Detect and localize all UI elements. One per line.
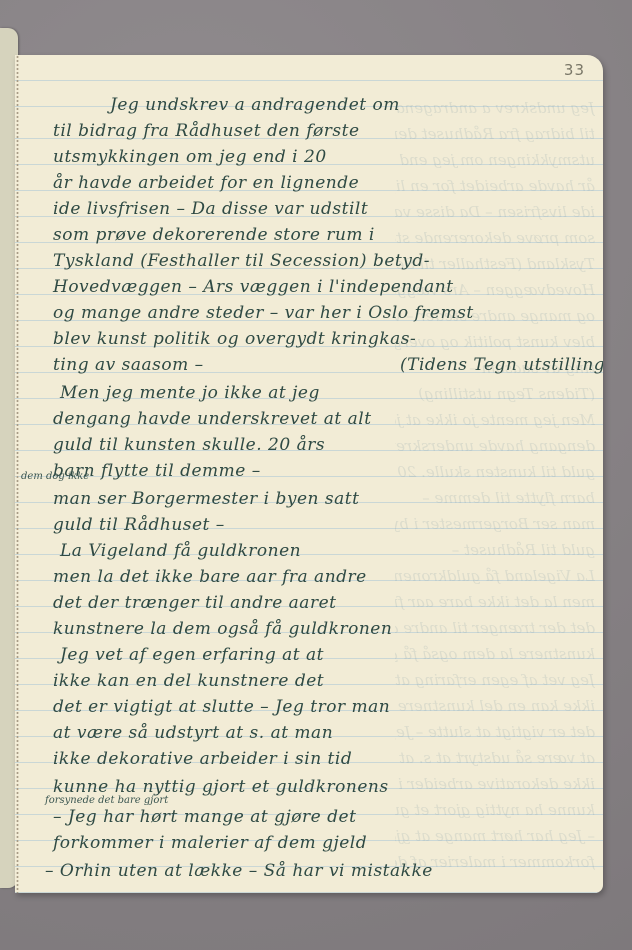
handwritten-line: at være så udstyrt at s. at man: [53, 723, 333, 743]
handwritten-line: Jeg undskrev a andragendet om: [110, 95, 400, 115]
manuscript-page: Jeg undskrev a andragendet om til bidrag…: [15, 55, 603, 893]
handwritten-line: ikke kan en del kunstnere det: [53, 671, 324, 691]
handwritten-line: – Jeg har hørt mange at gjøre det: [53, 807, 356, 827]
handwritten-line: utsmykkingen om jeg end i 20: [53, 147, 327, 167]
handwritten-line: (Tidens Tegn utstilling): [400, 355, 603, 375]
handwritten-line: men la det ikke bare aar fra andre: [53, 567, 367, 587]
handwritten-line: – Orhin uten at lække – Så har vi mistak…: [45, 861, 433, 881]
page-number: 33: [564, 61, 585, 79]
handwritten-line: og mange andre steder – var her i Oslo f…: [53, 303, 474, 323]
handwritten-line: ide livsfrisen – Da disse var udstilt: [53, 199, 368, 219]
handwritten-line: man ser Borgermester i byen satt: [53, 489, 359, 509]
handwritten-line: til bidrag fra Rådhuset den første: [53, 121, 360, 141]
perforated-edge: [16, 55, 19, 893]
handwritten-line: blev kunst politik og overgydt kringkas-: [53, 329, 416, 349]
handwritten-line: guld til kunsten skulle. 20 års: [53, 435, 325, 455]
handwritten-line: ting av saasom –: [53, 355, 204, 375]
handwritten-line: som prøve dekorerende store rum i: [53, 225, 375, 245]
handwritten-line: det der trænger til andre aaret: [53, 593, 336, 613]
handwritten-line: kunstnere la dem også få guldkronen: [53, 619, 392, 639]
handwritten-line: guld til Rådhuset –: [53, 515, 225, 535]
handwritten-line: Tyskland (Festhaller til Secession) bety…: [53, 251, 430, 271]
handwritten-line: år havde arbeidet for en lignende: [53, 173, 359, 193]
interlinear-insert: dem dog ikke: [21, 471, 89, 482]
handwritten-line: dengang havde underskrevet at alt: [53, 409, 372, 429]
handwritten-line: La Vigeland få guldkronen: [60, 541, 301, 561]
handwritten-line: kunne ha nyttig gjort et guldkronens: [53, 777, 389, 797]
handwritten-line: Hovedvæggen – Ars væggen i l'independant: [53, 277, 454, 297]
handwritten-line: ikke dekorative arbeider i sin tid: [53, 749, 352, 769]
interlinear-insert: forsynede det bare gjort: [45, 795, 168, 806]
ink-bleed-through: Jeg undskrev a andragendet om til bidrag…: [395, 95, 595, 875]
handwritten-line: Men jeg mente jo ikke at jeg: [60, 383, 320, 403]
handwritten-line: forkommer i malerier af dem gjeld: [53, 833, 367, 853]
handwritten-line: det er vigtigt at slutte – Jeg tror man: [53, 697, 390, 717]
handwritten-line: Jeg vet af egen erfaring at at: [60, 645, 324, 665]
